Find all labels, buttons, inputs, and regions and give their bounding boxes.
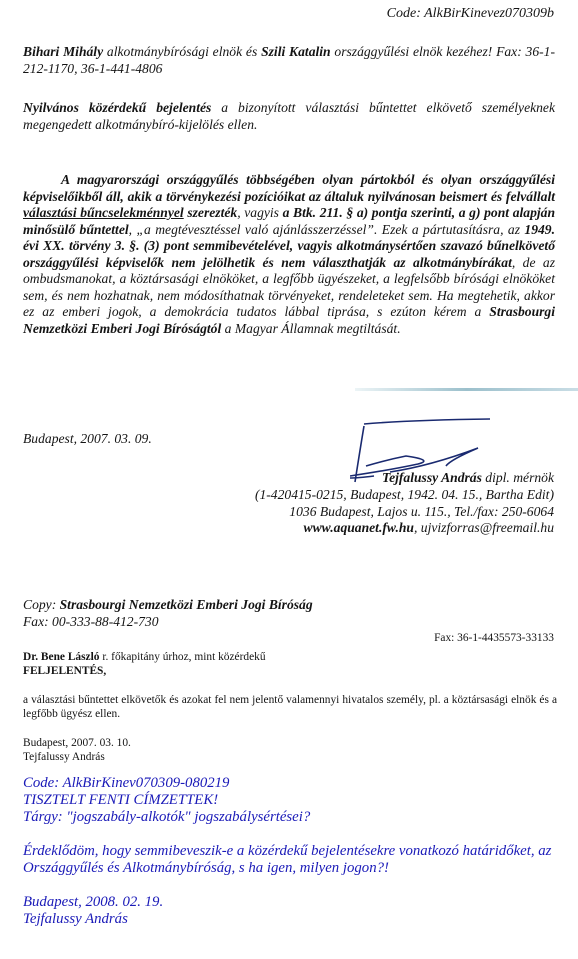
copy-recipient: Strasbourgi Nemzetközi Emberi Jogi Bírós… bbox=[60, 597, 313, 612]
followup-block: Code: AlkBirKinev070309-080219 TISZTELT … bbox=[23, 775, 573, 928]
date-1: Budapest, 2007. 03. 09. bbox=[23, 431, 152, 447]
signer-address: 1036 Budapest, Lajos u. 115., Tel./fax: … bbox=[134, 504, 554, 521]
followup-greeting: TISZTELT FENTI CÍMZETTEK! bbox=[23, 792, 573, 809]
complaint-date: Budapest, 2007. 03. 10. bbox=[23, 736, 557, 750]
signer-email: , ujvizforras@freemail.hu bbox=[414, 520, 554, 535]
subject-title: Nyilvános közérdekű bejelentés bbox=[23, 100, 211, 115]
followup-code: Code: AlkBirKinev070309-080219 bbox=[23, 775, 573, 792]
main-body-paragraph: A magyarországi országgyűlés többségében… bbox=[23, 172, 555, 337]
complaint-recipient: Dr. Bene László bbox=[23, 651, 99, 663]
followup-date: Budapest, 2008. 02. 19. bbox=[23, 894, 573, 911]
signer-id-line: (1-420415-0215, Budapest, 1942. 04. 15.,… bbox=[134, 487, 554, 504]
complaint-title: FELJELENTÉS, bbox=[23, 664, 557, 678]
addressee-name-1: Bihari Mihály bbox=[23, 44, 103, 59]
complaint-fax: Fax: 36-1-4435573-33133 bbox=[434, 632, 554, 644]
signer-website: www.aquanet.fw.hu bbox=[304, 520, 414, 535]
complaint-signer: Tejfalussy András bbox=[23, 750, 557, 764]
underlined-phrase: választási bűncselekménnyel bbox=[23, 205, 184, 220]
addressee-paragraph: Bihari Mihály alkotmánybírósági elnök és… bbox=[23, 44, 555, 77]
signer-name: Tejfalussy András bbox=[382, 470, 482, 485]
addressee-name-2: Szili Katalin bbox=[261, 44, 331, 59]
copy-block: Copy: Strasbourgi Nemzetközi Emberi Jogi… bbox=[23, 597, 313, 630]
document-code: Code: AlkBirKinevez070309b bbox=[387, 6, 554, 22]
subject-paragraph: Nyilvános közérdekű bejelentés a bizonyí… bbox=[23, 100, 555, 133]
followup-subject: Tárgy: "jogszabály-alkotók" jogszabálysé… bbox=[23, 809, 573, 826]
complaint-block: Dr. Bene László r. főkapitány úrhoz, min… bbox=[23, 650, 557, 764]
complaint-body: a választási bűntettet elkövetők és azok… bbox=[23, 693, 557, 722]
followup-question: Érdeklődöm, hogy semmibeveszik-e a közér… bbox=[23, 843, 573, 877]
copy-fax: Fax: 00-333-88-412-730 bbox=[23, 614, 313, 631]
signer-block: Tejfalussy András dipl. mérnök (1-420415… bbox=[134, 470, 554, 537]
followup-signer: Tejfalussy András bbox=[23, 911, 573, 928]
